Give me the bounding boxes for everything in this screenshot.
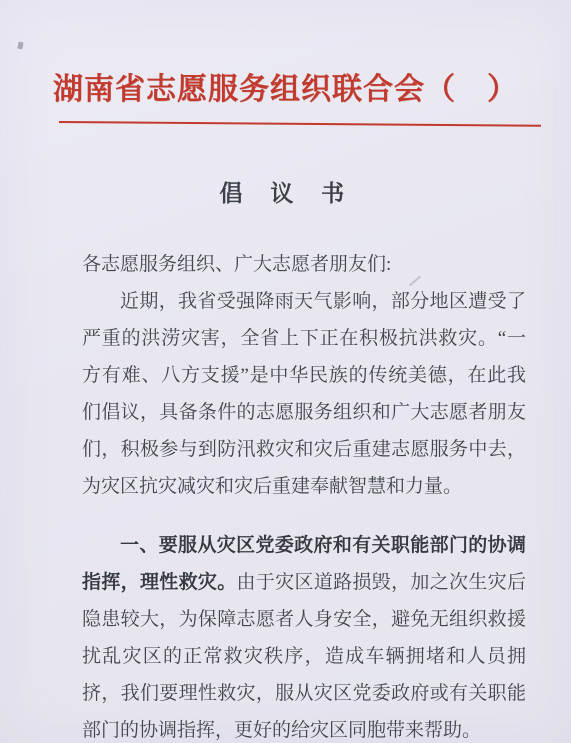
letterhead-org-title: 湖南省志愿服务组织联合会（ ）: [0, 72, 571, 108]
paragraph-intro: 近期，我省受强降雨天气影响，部分地区遭受了严重的洪涝灾害，全省上下正在积极抗洪救…: [82, 283, 526, 505]
paragraph-section-1: 一、要服从灾区党委政府和有关职能部门的协调指挥，理性救灾。由于灾区道路损毁，加之…: [82, 527, 526, 743]
section-1-body-text: 由于灾区道路损毁，加之次生灾后隐患较大，为保障志愿者人身安全，避免无组织救援扰乱…: [82, 572, 526, 741]
document-title: 倡 议 书: [0, 179, 571, 209]
scanned-document-page: 湖南省志愿服务组织联合会（ ） 倡 议 书 各志愿服务组织、广大志愿者朋友们: …: [0, 0, 571, 743]
scan-speck-artifact: [17, 42, 23, 50]
letterhead-rule: [59, 121, 541, 127]
document-body: 各志愿服务组织、广大志愿者朋友们: 近期，我省受强降雨天气影响，部分地区遭受了严…: [82, 246, 526, 743]
salutation-line: 各志愿服务组织、广大志愿者朋友们:: [82, 246, 526, 283]
